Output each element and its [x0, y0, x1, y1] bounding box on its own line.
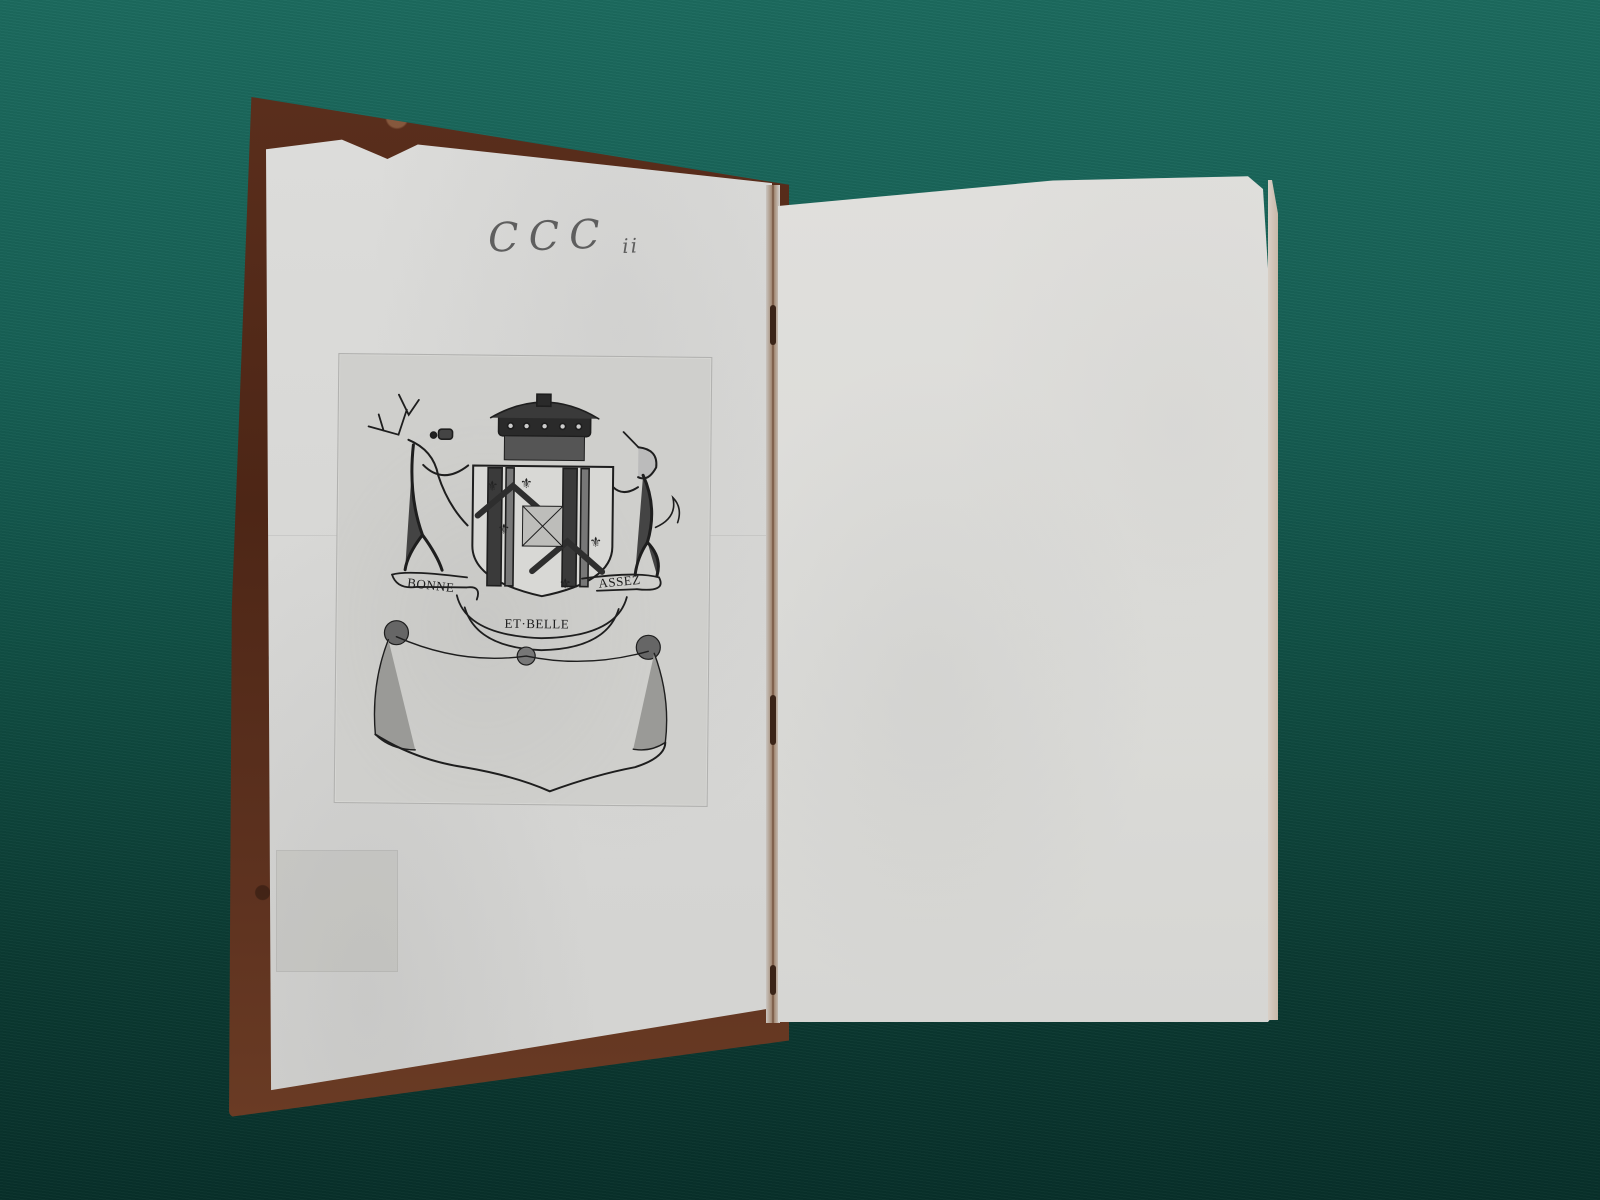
armorial-bookplate: ⚜ ⚜ ⚜ ⚜ ⚜: [334, 353, 713, 807]
stag-supporter-icon: [367, 394, 469, 570]
page-block-edge: [1268, 180, 1278, 1020]
drapery-mantle-icon: [374, 620, 668, 792]
svg-text:⚜: ⚜: [589, 535, 602, 551]
gutter-tear: [770, 305, 776, 345]
pencil-shelfmark: CCCii: [487, 210, 639, 262]
svg-text:⚜: ⚜: [497, 522, 510, 538]
gutter-tear: [770, 695, 776, 745]
coronet-icon: [490, 394, 599, 461]
photo-scene: CCCii: [0, 0, 1600, 1200]
shelfmark-text: CCC: [487, 211, 610, 261]
svg-text:⚜: ⚜: [520, 476, 533, 492]
svg-text:⚜: ⚜: [486, 479, 499, 495]
paper-repair-patch: [276, 850, 398, 972]
spine-gutter: [766, 185, 780, 1023]
shelfmark-suffix: ii: [622, 233, 640, 258]
unicorn-supporter-icon: [612, 432, 680, 576]
motto-right: ASSEZ: [598, 572, 641, 591]
gutter-tear: [770, 965, 776, 995]
motto-center: ET·BELLE: [504, 616, 569, 632]
motto-left: BONNE: [407, 575, 456, 595]
blank-flyleaf: [778, 172, 1278, 1022]
svg-text:⚜: ⚜: [559, 576, 572, 592]
bookplate-engraving: ⚜ ⚜ ⚜ ⚜ ⚜: [335, 354, 712, 806]
